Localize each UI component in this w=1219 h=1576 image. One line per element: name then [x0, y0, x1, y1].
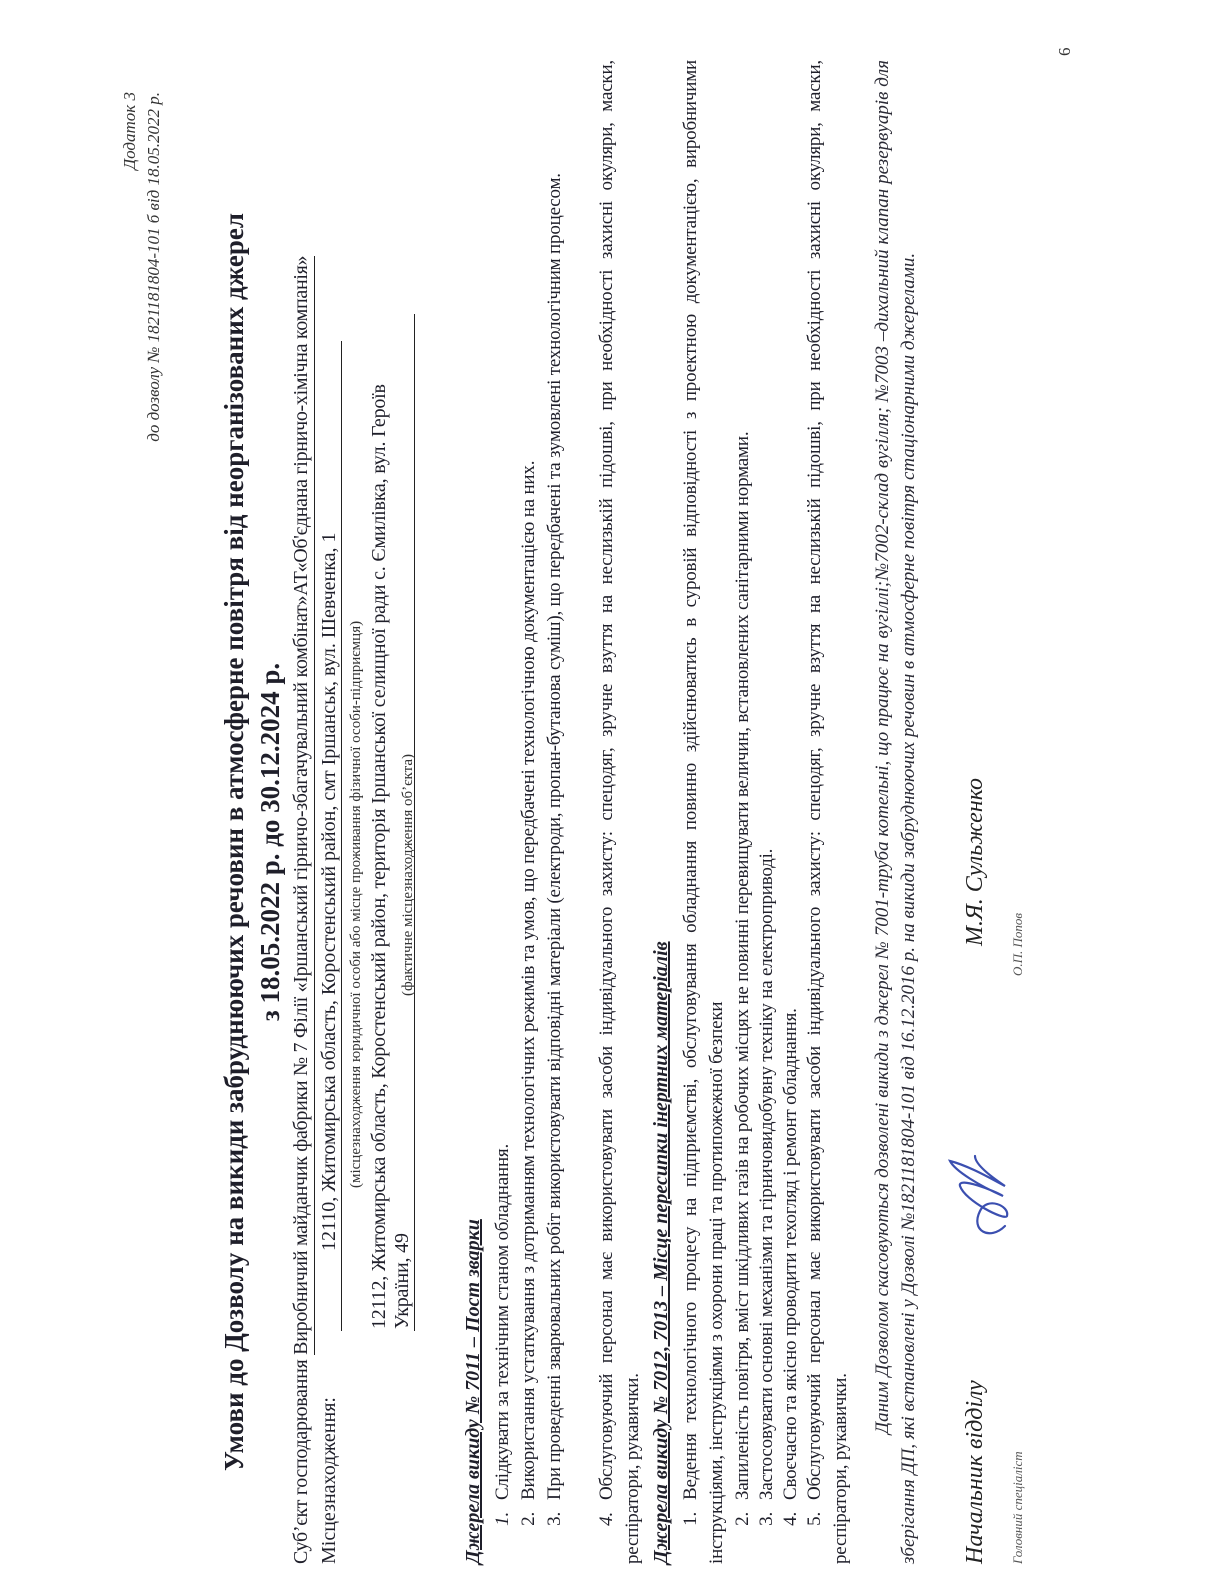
section-heading-7012-7013: Джерела викиду № 7012, 7013 – Місце пере…: [650, 941, 673, 1564]
permit-reference: до дозволу № 1821181804-101 б від 18.05.…: [142, 92, 166, 442]
title-line-1: Умови до Дозволу на викиди забруднюючих …: [216, 120, 252, 1564]
legal-address-field: 12110, Житомирська область, Коростенськи…: [318, 341, 342, 1331]
location-label: Місцезнаходження:: [318, 1397, 341, 1564]
executor-position: Головний спеціаліст: [1010, 1451, 1026, 1564]
appendix-label: Додаток 3: [118, 92, 142, 442]
subject-label: Суб’єкт господарювання: [290, 1360, 312, 1564]
list-item: 5.Обслуговуючий персонал має використову…: [802, 60, 854, 1564]
cancellation-note: Даним Дозволом скасовуються дозволені ви…: [870, 60, 922, 1564]
actual-address-note: (фактичне місцезнаходження об’єкта): [400, 754, 417, 996]
subject-value: Виробничий майданчик фабрики № 7 Філії «…: [290, 256, 315, 1355]
legal-address-note: (місцезнаходження юридичної особи або мі…: [348, 621, 365, 1188]
appendix-header: Додаток 3 до дозволу № 1821181804-101 б …: [118, 92, 166, 442]
list-item: 1.Ведення технологічного процесу на підп…: [678, 60, 730, 1564]
list-item: 1.Слідкувати за технічним станом обладна…: [490, 60, 516, 1564]
handwritten-signature-icon: [935, 1146, 1025, 1246]
page-number: 6: [1055, 48, 1075, 57]
list-item: 2.Запиленість повітря, вміст шкідливих г…: [730, 60, 756, 1564]
list-item: 2.Використання устаткування з дотримання…: [516, 60, 542, 1564]
subject-row: Суб’єкт господарювання Виробничий майдан…: [290, 256, 315, 1564]
signatory-name: М.Я. Сульженко: [962, 778, 989, 946]
section-heading-7011: Джерела викиду № 7011 – Пост зварки: [462, 1219, 485, 1564]
list-item: 4.Обслуговуючий персонал має використову…: [594, 60, 646, 1564]
list-item: 3.Застосовувати основні механізми та гір…: [754, 60, 780, 1564]
document-title: Умови до Дозволу на викиди забруднюючих …: [216, 120, 288, 1564]
list-item: 4.Своєчасно та якісно проводити техогляд…: [778, 60, 804, 1564]
document-page: Додаток 3 до дозволу № 1821181804-101 б …: [0, 0, 1219, 1576]
executor-name: О.П. Попов: [1010, 913, 1026, 976]
title-line-2: з 18.05.2022 р. до 30.12.2024 р.: [252, 120, 288, 1564]
legal-address: 12110, Житомирська область, Коростенськи…: [318, 533, 340, 1332]
signatory-position: Начальник відділу: [962, 1380, 989, 1564]
list-item: 3.При проведенні зварювальних робіт вико…: [542, 60, 568, 1564]
